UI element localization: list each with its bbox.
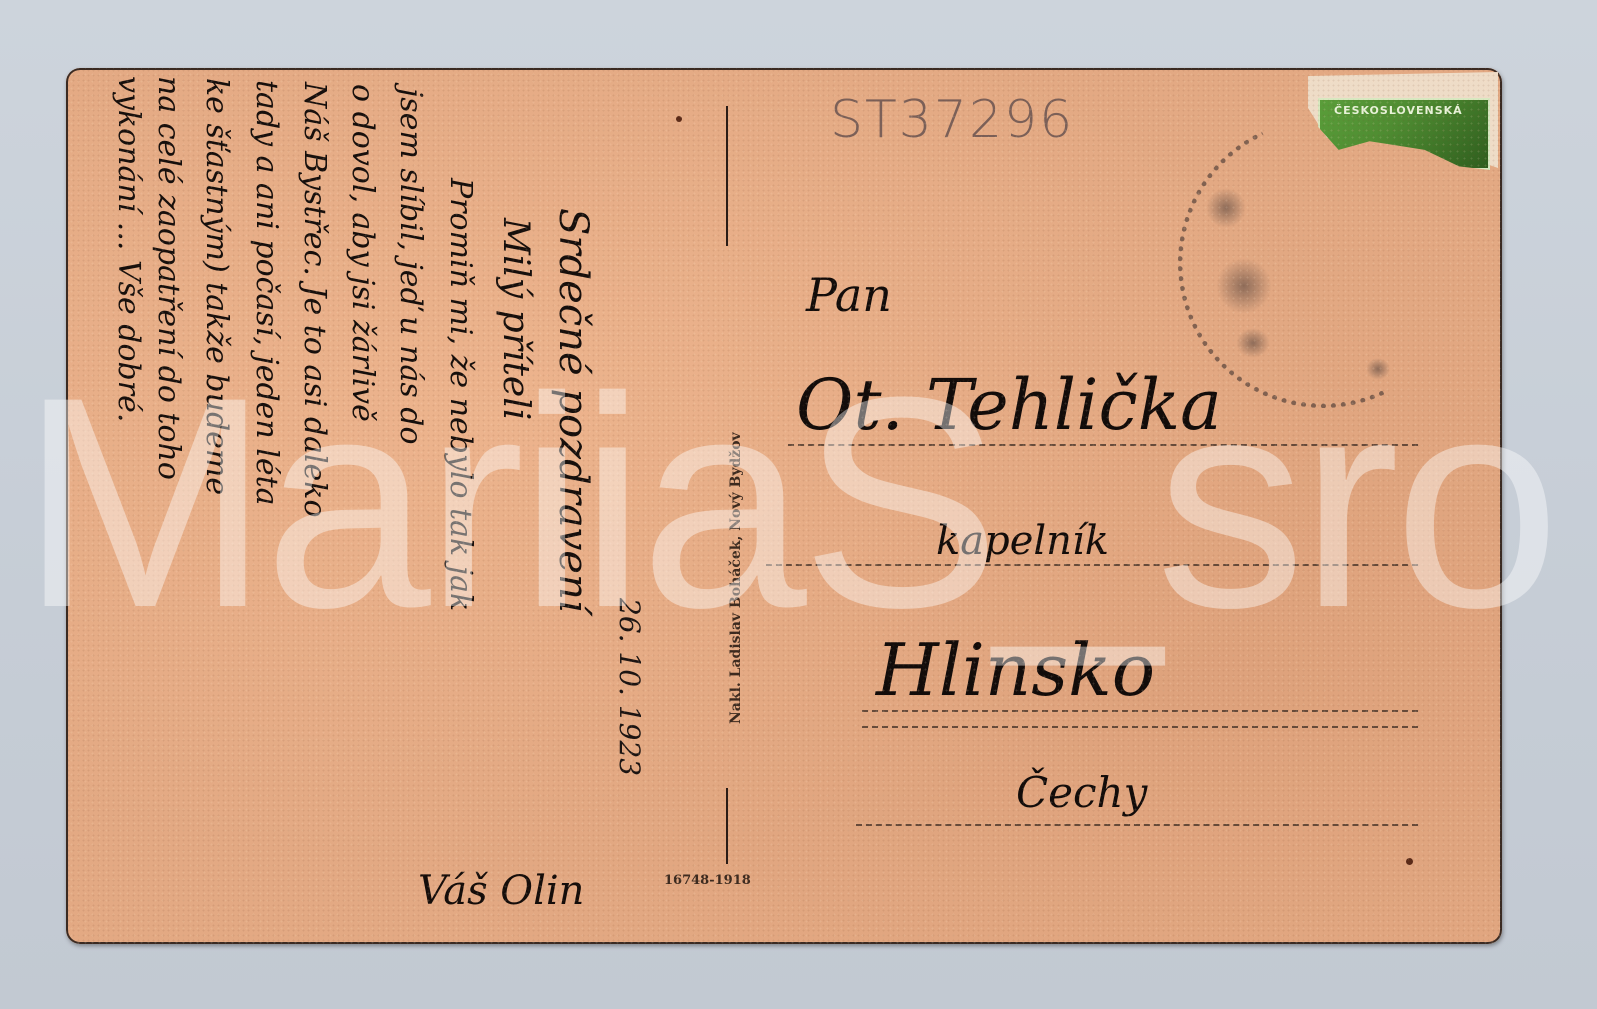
catalog-number: 16748-1918 <box>664 873 751 888</box>
address-line <box>862 726 1418 728</box>
foxing-spot <box>1406 858 1413 865</box>
address-region: Čechy <box>1016 768 1147 817</box>
postmark-ink <box>1216 258 1272 314</box>
address-salutation: Pan <box>806 268 892 322</box>
stamp-country-text: ČESKOSLOVENSKÁ <box>1334 104 1463 117</box>
center-divider <box>726 788 728 864</box>
address-line <box>862 710 1418 712</box>
signature: Váš Olin <box>418 868 584 914</box>
inventory-code: ST37296 <box>830 90 1074 150</box>
address-line <box>856 824 1418 826</box>
watermark: MariiaS_sro <box>20 352 1555 652</box>
foxing-spot <box>676 116 682 122</box>
center-divider <box>726 106 728 246</box>
postmark-ink <box>1206 188 1246 228</box>
